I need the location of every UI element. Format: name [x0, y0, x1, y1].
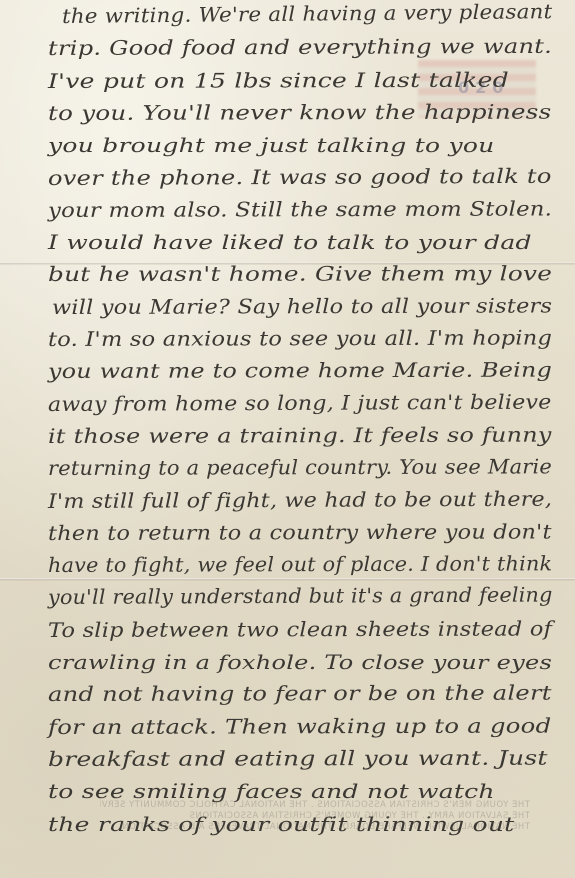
handwritten-line: I've put on 15 lbs since I last talked — [48, 67, 509, 92]
handwritten-line: I'm still full of fight, we had to be ou… — [48, 486, 552, 512]
handwritten-line: the writing. We're all having a very ple… — [62, 0, 553, 28]
handwritten-line: over the phone. It was so good to talk t… — [48, 163, 552, 189]
handwritten-line: I would have liked to talk to your dad — [48, 230, 532, 254]
handwritten-line: but he wasn't home. Give them my love — [48, 262, 552, 287]
handwritten-line: breakfast and eating all you want. Just — [48, 745, 548, 770]
handwritten-line: crawling in a foxhole. To close your eye… — [48, 650, 552, 674]
handwritten-line: to you. You'll never know the happiness — [48, 99, 552, 124]
handwritten-line: it those were a training. It feels so fu… — [48, 422, 552, 447]
handwritten-line: returning to a peaceful country. You see… — [48, 455, 552, 481]
handwritten-line: you want me to come home Marie. Being — [48, 358, 552, 383]
handwritten-line: trip. Good food and everything we want. — [48, 34, 552, 60]
handwritten-line: and not having to fear or be on the aler… — [48, 681, 552, 706]
handwritten-line: to see smiling faces and not watch — [48, 779, 495, 803]
handwritten-line: To slip between two clean sheets instead… — [48, 616, 552, 642]
letter-page: 020 THE YOUNG MEN'S CHRISTIAN ASSOCIATIO… — [0, 0, 575, 878]
handwritten-line: you'll really understand but it's a gran… — [48, 583, 553, 610]
fold-crease — [0, 578, 575, 581]
handwritten-line: will you Marie? Say hello to all your si… — [52, 293, 552, 319]
handwritten-line: have to fight, we feel out of place. I d… — [48, 551, 552, 577]
handwritten-line: then to return to a country where you do… — [48, 519, 552, 545]
handwritten-line: you brought me just talking to you — [48, 133, 495, 157]
handwritten-line: away from home so long, I just can't bel… — [48, 389, 552, 415]
handwritten-line: to. I'm so anxious to see you all. I'm h… — [48, 325, 552, 351]
handwritten-line: your mom also. Still the same mom Stolen… — [48, 196, 552, 222]
handwritten-line: for an attack. Then waking up to a good — [48, 713, 551, 738]
handwritten-line: the ranks of your outfit thinning out — [48, 812, 514, 836]
